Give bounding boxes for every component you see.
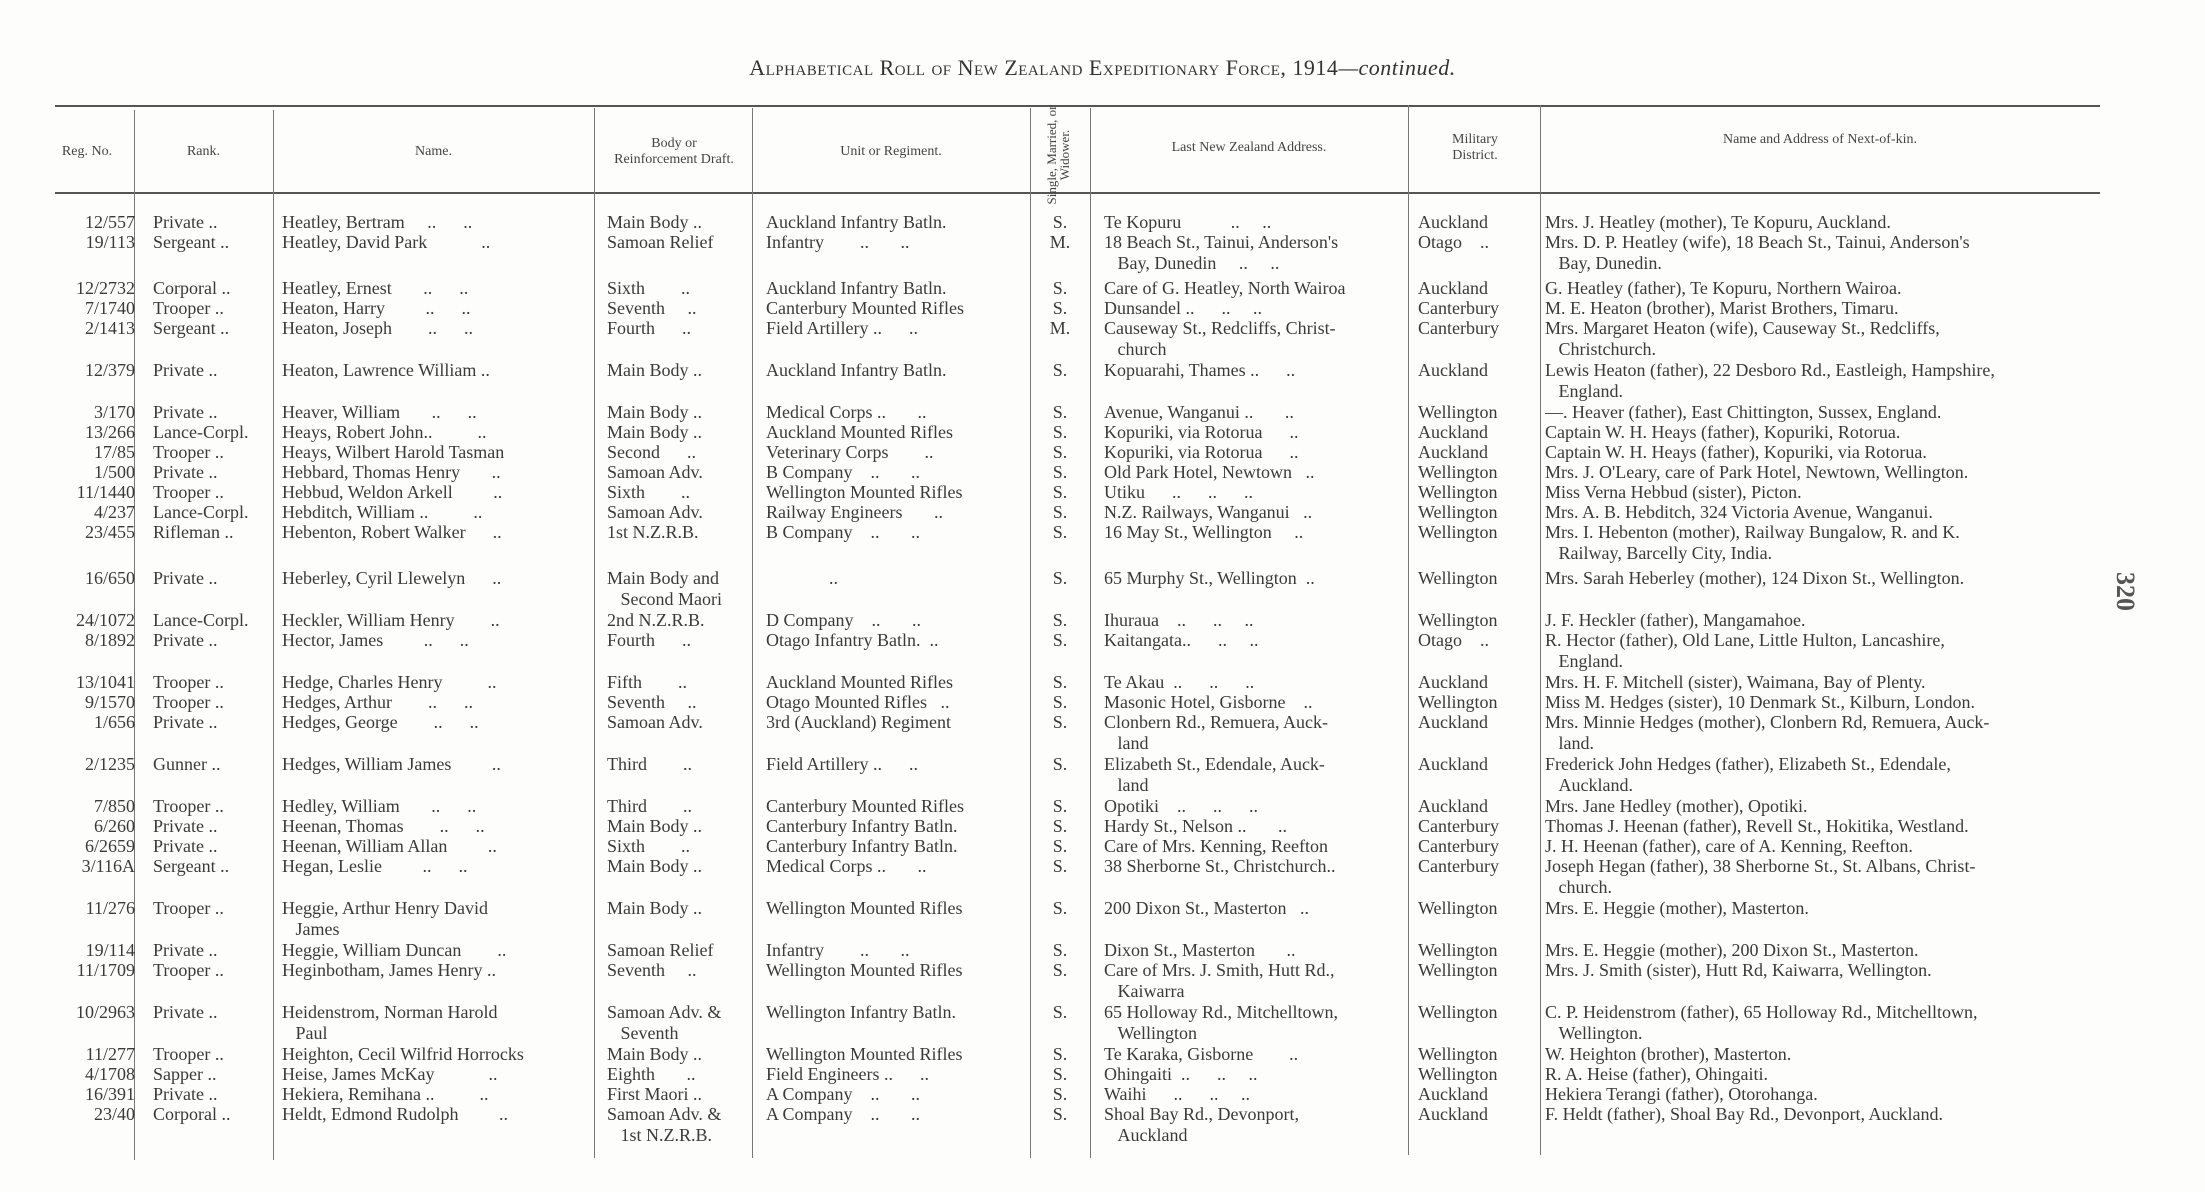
- reg-no-cell: 2/1235: [40, 754, 135, 775]
- name-cell: Heatley, David Park ..: [282, 232, 587, 253]
- rank-cell: Trooper ..: [153, 898, 271, 919]
- body-draft-cell: Third ..: [607, 796, 752, 817]
- address-cell: Shoal Bay Rd., Devonport, Auckland: [1104, 1104, 1404, 1145]
- name-cell: Heggie, Arthur Henry David James: [282, 898, 587, 939]
- address-cell: Kopuriki, via Rotorua ..: [1104, 422, 1404, 443]
- district-cell: Wellington: [1418, 1002, 1538, 1023]
- next-of-kin-cell: Lewis Heaton (father), 22 Desboro Rd., E…: [1545, 360, 2110, 401]
- body-draft-cell: Samoan Relief: [607, 940, 752, 961]
- address-cell: Ohingaiti .. .. ..: [1104, 1064, 1404, 1085]
- address-cell: Ihuraua .. .. ..: [1104, 610, 1404, 631]
- marital-cell: S.: [1030, 816, 1090, 837]
- next-of-kin-cell: G. Heatley (father), Te Kopuru, Northern…: [1545, 278, 2110, 299]
- reg-no-cell: 16/391: [40, 1084, 135, 1105]
- next-of-kin-cell: Mrs. H. F. Mitchell (sister), Waimana, B…: [1545, 672, 2110, 693]
- address-cell: Opotiki .. .. ..: [1104, 796, 1404, 817]
- body-draft-cell: Fourth ..: [607, 630, 752, 651]
- unit-cell: Auckland Infantry Batln.: [766, 360, 1028, 381]
- body-draft-cell: Main Body ..: [607, 856, 752, 877]
- district-cell: Wellington: [1418, 898, 1538, 919]
- marital-cell: S.: [1030, 462, 1090, 483]
- next-of-kin-cell: Mrs. J. Smith (sister), Hutt Rd, Kaiwarr…: [1545, 960, 2110, 981]
- reg-no-cell: 10/2963: [40, 1002, 135, 1023]
- rank-cell: Private ..: [153, 836, 271, 857]
- rank-cell: Trooper ..: [153, 298, 271, 319]
- next-of-kin-cell: M. E. Heaton (brother), Marist Brothers,…: [1545, 298, 2110, 319]
- rank-cell: Trooper ..: [153, 482, 271, 503]
- name-cell: Heckler, William Henry ..: [282, 610, 587, 631]
- next-of-kin-cell: Captain W. H. Heays (father), Kopuriki, …: [1545, 422, 2110, 443]
- address-cell: Te Kopuru .. ..: [1104, 212, 1404, 233]
- rank-cell: Private ..: [153, 1002, 271, 1023]
- district-cell: Auckland: [1418, 442, 1538, 463]
- reg-no-cell: 19/114: [40, 940, 135, 961]
- address-cell: Dixon St., Masterton ..: [1104, 940, 1404, 961]
- page-number: 320: [2110, 572, 2140, 611]
- reg-no-cell: 3/170: [40, 402, 135, 423]
- marital-cell: S.: [1030, 672, 1090, 693]
- next-of-kin-cell: —. Heaver (father), East Chittington, Su…: [1545, 402, 2110, 423]
- title-suffix: —continued.: [1338, 55, 1455, 80]
- marital-cell: S.: [1030, 836, 1090, 857]
- reg-no-cell: 11/1440: [40, 482, 135, 503]
- rank-cell: Private ..: [153, 212, 271, 233]
- address-cell: 38 Sherborne St., Christchurch..: [1104, 856, 1404, 877]
- reg-no-cell: 6/260: [40, 816, 135, 837]
- unit-cell: A Company .. ..: [766, 1084, 1028, 1105]
- header-next-of-kin: Name and Address of Next-of-kin.: [1540, 100, 2100, 180]
- address-cell: Causeway St., Redcliffs, Christ- church: [1104, 318, 1404, 359]
- address-cell: Care of Mrs. J. Smith, Hutt Rd., Kaiwarr…: [1104, 960, 1404, 1001]
- unit-cell: Otago Mounted Rifles ..: [766, 692, 1028, 713]
- district-cell: Auckland: [1418, 712, 1538, 733]
- address-cell: Hardy St., Nelson .. ..: [1104, 816, 1404, 837]
- district-cell: Auckland: [1418, 278, 1538, 299]
- body-draft-cell: Samoan Adv.: [607, 502, 752, 523]
- address-cell: Utiku .. .. ..: [1104, 482, 1404, 503]
- body-draft-cell: 2nd N.Z.R.B.: [607, 610, 752, 631]
- next-of-kin-cell: Joseph Hegan (father), 38 Sherborne St.,…: [1545, 856, 2110, 897]
- reg-no-cell: 12/2732: [40, 278, 135, 299]
- next-of-kin-cell: Mrs. Sarah Heberley (mother), 124 Dixon …: [1545, 568, 2110, 589]
- body-draft-cell: Samoan Relief: [607, 232, 752, 253]
- reg-no-cell: 8/1892: [40, 630, 135, 651]
- body-draft-cell: Sixth ..: [607, 482, 752, 503]
- name-cell: Hedges, George .. ..: [282, 712, 587, 733]
- next-of-kin-cell: R. A. Heise (father), Ohingaiti.: [1545, 1064, 2110, 1085]
- unit-cell: Wellington Mounted Rifles: [766, 1044, 1028, 1065]
- name-cell: Heighton, Cecil Wilfrid Horrocks: [282, 1044, 587, 1065]
- address-cell: Kopuarahi, Thames .. ..: [1104, 360, 1404, 381]
- rank-cell: Trooper ..: [153, 692, 271, 713]
- body-draft-cell: Samoan Adv. & Seventh: [607, 1002, 752, 1043]
- name-cell: Hebbud, Weldon Arkell ..: [282, 482, 587, 503]
- next-of-kin-cell: Mrs. Margaret Heaton (wife), Causeway St…: [1545, 318, 2110, 359]
- body-draft-cell: Main Body ..: [607, 1044, 752, 1065]
- district-cell: Wellington: [1418, 568, 1538, 589]
- marital-cell: S.: [1030, 212, 1090, 233]
- reg-no-cell: 23/455: [40, 522, 135, 543]
- district-cell: Otago ..: [1418, 232, 1538, 253]
- name-cell: Hegan, Leslie .. ..: [282, 856, 587, 877]
- district-cell: Wellington: [1418, 960, 1538, 981]
- unit-cell: Canterbury Mounted Rifles: [766, 796, 1028, 817]
- district-cell: Wellington: [1418, 402, 1538, 423]
- body-draft-cell: Fifth ..: [607, 672, 752, 693]
- name-cell: Hedges, William James ..: [282, 754, 587, 775]
- address-cell: Care of G. Heatley, North Wairoa: [1104, 278, 1404, 299]
- reg-no-cell: 12/557: [40, 212, 135, 233]
- name-cell: Hedges, Arthur .. ..: [282, 692, 587, 713]
- next-of-kin-cell: Mrs. E. Heggie (mother), 200 Dixon St., …: [1545, 940, 2110, 961]
- address-cell: Masonic Hotel, Gisborne ..: [1104, 692, 1404, 713]
- reg-no-cell: 13/1041: [40, 672, 135, 693]
- marital-cell: S.: [1030, 960, 1090, 981]
- marital-cell: M.: [1030, 232, 1090, 253]
- unit-cell: Auckland Infantry Batln.: [766, 278, 1028, 299]
- next-of-kin-cell: Thomas J. Heenan (father), Revell St., H…: [1545, 816, 2110, 837]
- reg-no-cell: 13/266: [40, 422, 135, 443]
- next-of-kin-cell: Mrs. Jane Hedley (mother), Opotiki.: [1545, 796, 2110, 817]
- unit-cell: B Company .. ..: [766, 522, 1028, 543]
- rank-cell: Private ..: [153, 712, 271, 733]
- rank-cell: Trooper ..: [153, 442, 271, 463]
- body-draft-cell: Third ..: [607, 754, 752, 775]
- unit-cell: 3rd (Auckland) Regiment: [766, 712, 1028, 733]
- rank-cell: Trooper ..: [153, 1044, 271, 1065]
- reg-no-cell: 1/500: [40, 462, 135, 483]
- name-cell: Hebditch, William .. ..: [282, 502, 587, 523]
- body-draft-cell: Main Body ..: [607, 816, 752, 837]
- marital-cell: S.: [1030, 1002, 1090, 1023]
- page-title: Alphabetical Roll of New Zealand Expedit…: [0, 55, 2205, 81]
- name-cell: Hebbard, Thomas Henry ..: [282, 462, 587, 483]
- unit-cell: Veterinary Corps ..: [766, 442, 1028, 463]
- district-cell: Auckland: [1418, 360, 1538, 381]
- marital-cell: S.: [1030, 568, 1090, 589]
- body-draft-cell: Sixth ..: [607, 836, 752, 857]
- reg-no-cell: 11/276: [40, 898, 135, 919]
- body-draft-cell: Samoan Adv.: [607, 712, 752, 733]
- body-draft-cell: 1st N.Z.R.B.: [607, 522, 752, 543]
- name-cell: Hector, James .. ..: [282, 630, 587, 651]
- unit-cell: Wellington Mounted Rifles: [766, 482, 1028, 503]
- name-cell: Heberley, Cyril Llewelyn ..: [282, 568, 587, 589]
- address-cell: Dunsandel .. .. ..: [1104, 298, 1404, 319]
- col-divider: [1408, 105, 1409, 1155]
- name-cell: Hekiera, Remihana .. ..: [282, 1084, 587, 1105]
- district-cell: Canterbury: [1418, 856, 1538, 877]
- address-cell: Kaitangata.. .. ..: [1104, 630, 1404, 651]
- header-unit: Unit or Regiment.: [752, 112, 1030, 192]
- unit-cell: B Company .. ..: [766, 462, 1028, 483]
- district-cell: Wellington: [1418, 1044, 1538, 1065]
- header-name: Name.: [273, 112, 594, 192]
- marital-cell: S.: [1030, 796, 1090, 817]
- district-cell: Canterbury: [1418, 318, 1538, 339]
- next-of-kin-cell: Hekiera Terangi (father), Otorohanga.: [1545, 1084, 2110, 1105]
- address-cell: Clonbern Rd., Remuera, Auck- land: [1104, 712, 1404, 753]
- reg-no-cell: 24/1072: [40, 610, 135, 631]
- district-cell: Canterbury: [1418, 816, 1538, 837]
- col-divider: [1540, 105, 1541, 1155]
- unit-cell: A Company .. ..: [766, 1104, 1028, 1125]
- address-cell: Old Park Hotel, Newtown ..: [1104, 462, 1404, 483]
- name-cell: Heidenstrom, Norman Harold Paul: [282, 1002, 587, 1043]
- body-draft-cell: Main Body ..: [607, 422, 752, 443]
- col-divider: [594, 108, 595, 1158]
- reg-no-cell: 11/1709: [40, 960, 135, 981]
- name-cell: Heggie, William Duncan ..: [282, 940, 587, 961]
- marital-cell: S.: [1030, 298, 1090, 319]
- next-of-kin-cell: Mrs. I. Hebenton (mother), Railway Bunga…: [1545, 522, 2110, 563]
- district-cell: Wellington: [1418, 940, 1538, 961]
- rank-cell: Private ..: [153, 402, 271, 423]
- unit-cell: ..: [766, 568, 1028, 589]
- name-cell: Heenan, Thomas .. ..: [282, 816, 587, 837]
- unit-cell: Wellington Mounted Rifles: [766, 960, 1028, 981]
- district-cell: Auckland: [1418, 422, 1538, 443]
- unit-cell: Field Artillery .. ..: [766, 754, 1028, 775]
- marital-cell: S.: [1030, 402, 1090, 423]
- reg-no-cell: 7/1740: [40, 298, 135, 319]
- body-draft-cell: Seventh ..: [607, 960, 752, 981]
- address-cell: Avenue, Wanganui .. ..: [1104, 402, 1404, 423]
- name-cell: Heaver, William .. ..: [282, 402, 587, 423]
- header-reg-no: Reg. No.: [40, 112, 134, 192]
- district-cell: Wellington: [1418, 462, 1538, 483]
- next-of-kin-cell: Miss M. Hedges (sister), 10 Denmark St.,…: [1545, 692, 2110, 713]
- name-cell: Heise, James McKay ..: [282, 1064, 587, 1085]
- marital-cell: S.: [1030, 278, 1090, 299]
- next-of-kin-cell: J. F. Heckler (father), Mangamahoe.: [1545, 610, 2110, 631]
- district-cell: Wellington: [1418, 482, 1538, 503]
- marital-cell: S.: [1030, 442, 1090, 463]
- unit-cell: Auckland Infantry Batln.: [766, 212, 1028, 233]
- reg-no-cell: 4/237: [40, 502, 135, 523]
- marital-cell: S.: [1030, 940, 1090, 961]
- unit-cell: Otago Infantry Batln. ..: [766, 630, 1028, 651]
- marital-cell: S.: [1030, 712, 1090, 733]
- unit-cell: Canterbury Infantry Batln.: [766, 836, 1028, 857]
- body-draft-cell: Sixth ..: [607, 278, 752, 299]
- next-of-kin-cell: Mrs. J. O'Leary, care of Park Hotel, New…: [1545, 462, 2110, 483]
- marital-cell: S.: [1030, 1064, 1090, 1085]
- name-cell: Heenan, William Allan ..: [282, 836, 587, 857]
- next-of-kin-cell: Mrs. E. Heggie (mother), Masterton.: [1545, 898, 2110, 919]
- reg-no-cell: 1/656: [40, 712, 135, 733]
- rank-cell: Private ..: [153, 630, 271, 651]
- address-cell: Te Akau .. .. ..: [1104, 672, 1404, 693]
- name-cell: Heaton, Joseph .. ..: [282, 318, 587, 339]
- district-cell: Auckland: [1418, 212, 1538, 233]
- body-draft-cell: Samoan Adv. & 1st N.Z.R.B.: [607, 1104, 752, 1145]
- unit-cell: Wellington Mounted Rifles: [766, 898, 1028, 919]
- address-cell: 65 Holloway Rd., Mitchelltown, Wellingto…: [1104, 1002, 1404, 1043]
- unit-cell: Auckland Mounted Rifles: [766, 422, 1028, 443]
- address-cell: 18 Beach St., Tainui, Anderson's Bay, Du…: [1104, 232, 1404, 273]
- name-cell: Heldt, Edmond Rudolph ..: [282, 1104, 587, 1125]
- reg-no-cell: 9/1570: [40, 692, 135, 713]
- rank-cell: Sergeant ..: [153, 318, 271, 339]
- body-draft-cell: Eighth ..: [607, 1064, 752, 1085]
- rank-cell: Gunner ..: [153, 754, 271, 775]
- reg-no-cell: 23/40: [40, 1104, 135, 1125]
- marital-cell: S.: [1030, 898, 1090, 919]
- marital-cell: S.: [1030, 360, 1090, 381]
- header-marital-status: Single, Married, or Widower.: [1045, 85, 1075, 225]
- unit-cell: Railway Engineers ..: [766, 502, 1028, 523]
- body-draft-cell: Main Body ..: [607, 212, 752, 233]
- district-cell: Otago ..: [1418, 630, 1538, 651]
- address-cell: N.Z. Railways, Wanganui ..: [1104, 502, 1404, 523]
- district-cell: Wellington: [1418, 502, 1538, 523]
- unit-cell: D Company .. ..: [766, 610, 1028, 631]
- unit-cell: Wellington Infantry Batln.: [766, 1002, 1028, 1023]
- reg-no-cell: 19/113: [40, 232, 135, 253]
- marital-cell: S.: [1030, 856, 1090, 877]
- next-of-kin-cell: Mrs. A. B. Hebditch, 324 Victoria Avenue…: [1545, 502, 2110, 523]
- rank-cell: Private ..: [153, 462, 271, 483]
- next-of-kin-cell: J. H. Heenan (father), care of A. Kennin…: [1545, 836, 2110, 857]
- next-of-kin-cell: Mrs. J. Heatley (mother), Te Kopuru, Auc…: [1545, 212, 2110, 233]
- next-of-kin-cell: Captain W. H. Heays (father), Kopuriki, …: [1545, 442, 2110, 463]
- name-cell: Hedley, William .. ..: [282, 796, 587, 817]
- name-cell: Heatley, Bertram .. ..: [282, 212, 587, 233]
- unit-cell: Medical Corps .. ..: [766, 856, 1028, 877]
- rank-cell: Sapper ..: [153, 1064, 271, 1085]
- marital-cell: S.: [1030, 522, 1090, 543]
- address-cell: 65 Murphy St., Wellington ..: [1104, 568, 1404, 589]
- unit-cell: Field Artillery .. ..: [766, 318, 1028, 339]
- name-cell: Heginbotham, James Henry ..: [282, 960, 587, 981]
- unit-cell: Medical Corps .. ..: [766, 402, 1028, 423]
- next-of-kin-cell: W. Heighton (brother), Masterton.: [1545, 1044, 2110, 1065]
- unit-cell: Field Engineers .. ..: [766, 1064, 1028, 1085]
- rank-cell: Trooper ..: [153, 672, 271, 693]
- rank-cell: Private ..: [153, 360, 271, 381]
- marital-cell: M.: [1030, 318, 1090, 339]
- body-draft-cell: Samoan Adv.: [607, 462, 752, 483]
- rank-cell: Private ..: [153, 940, 271, 961]
- rank-cell: Sergeant ..: [153, 232, 271, 253]
- rank-cell: Trooper ..: [153, 960, 271, 981]
- body-draft-cell: First Maori ..: [607, 1084, 752, 1105]
- marital-cell: S.: [1030, 502, 1090, 523]
- reg-no-cell: 2/1413: [40, 318, 135, 339]
- district-cell: Auckland: [1418, 672, 1538, 693]
- reg-no-cell: 11/277: [40, 1044, 135, 1065]
- next-of-kin-cell: Mrs. Minnie Hedges (mother), Clonbern Rd…: [1545, 712, 2110, 753]
- rank-cell: Corporal ..: [153, 1104, 271, 1125]
- address-cell: Te Karaka, Gisborne ..: [1104, 1044, 1404, 1065]
- rank-cell: Rifleman ..: [153, 522, 271, 543]
- rank-cell: Lance-Corpl.: [153, 610, 271, 631]
- unit-cell: Canterbury Mounted Rifles: [766, 298, 1028, 319]
- unit-cell: Canterbury Infantry Batln.: [766, 816, 1028, 837]
- unit-cell: Infantry .. ..: [766, 940, 1028, 961]
- address-cell: Care of Mrs. Kenning, Reefton: [1104, 836, 1404, 857]
- reg-no-cell: 7/850: [40, 796, 135, 817]
- rank-cell: Sergeant ..: [153, 856, 271, 877]
- unit-cell: Auckland Mounted Rifles: [766, 672, 1028, 693]
- reg-no-cell: 16/650: [40, 568, 135, 589]
- rank-cell: Lance-Corpl.: [153, 422, 271, 443]
- district-cell: Wellington: [1418, 1064, 1538, 1085]
- name-cell: Hebenton, Robert Walker ..: [282, 522, 587, 543]
- next-of-kin-cell: F. Heldt (father), Shoal Bay Rd., Devonp…: [1545, 1104, 2110, 1125]
- marital-cell: S.: [1030, 630, 1090, 651]
- next-of-kin-cell: Frederick John Hedges (father), Elizabet…: [1545, 754, 2110, 795]
- body-draft-cell: Main Body ..: [607, 360, 752, 381]
- header-address: Last New Zealand Address.: [1090, 108, 1408, 188]
- district-cell: Auckland: [1418, 796, 1538, 817]
- body-draft-cell: Main Body ..: [607, 898, 752, 919]
- name-cell: Heaton, Lawrence William ..: [282, 360, 587, 381]
- next-of-kin-cell: R. Hector (father), Old Lane, Little Hul…: [1545, 630, 2110, 671]
- address-cell: 16 May St., Wellington ..: [1104, 522, 1404, 543]
- name-cell: Hedge, Charles Henry ..: [282, 672, 587, 693]
- rank-cell: Lance-Corpl.: [153, 502, 271, 523]
- title-main: Alphabetical Roll of New Zealand Expedit…: [749, 55, 1338, 80]
- address-cell: Waihi .. .. ..: [1104, 1084, 1404, 1105]
- name-cell: Heays, Wilbert Harold Tasman: [282, 442, 587, 463]
- marital-cell: S.: [1030, 610, 1090, 631]
- address-cell: Elizabeth St., Edendale, Auck- land: [1104, 754, 1404, 795]
- reg-no-cell: 12/379: [40, 360, 135, 381]
- name-cell: Heaton, Harry .. ..: [282, 298, 587, 319]
- unit-cell: Infantry .. ..: [766, 232, 1028, 253]
- district-cell: Wellington: [1418, 692, 1538, 713]
- header-rank: Rank.: [134, 112, 273, 192]
- district-cell: Wellington: [1418, 610, 1538, 631]
- reg-no-cell: 6/2659: [40, 836, 135, 857]
- district-cell: Auckland: [1418, 1104, 1538, 1125]
- name-cell: Heays, Robert John.. ..: [282, 422, 587, 443]
- name-cell: Heatley, Ernest .. ..: [282, 278, 587, 299]
- rank-cell: Trooper ..: [153, 796, 271, 817]
- reg-no-cell: 3/116A: [40, 856, 135, 877]
- header-body-draft: Body or Reinforcement Draft.: [610, 112, 738, 192]
- header-district: Military District.: [1430, 108, 1520, 188]
- reg-no-cell: 17/85: [40, 442, 135, 463]
- address-cell: 200 Dixon St., Masterton ..: [1104, 898, 1404, 919]
- district-cell: Wellington: [1418, 522, 1538, 543]
- body-draft-cell: Seventh ..: [607, 298, 752, 319]
- rank-cell: Corporal ..: [153, 278, 271, 299]
- district-cell: Canterbury: [1418, 836, 1538, 857]
- col-divider: [752, 108, 753, 1158]
- marital-cell: S.: [1030, 482, 1090, 503]
- next-of-kin-cell: C. P. Heidenstrom (father), 65 Holloway …: [1545, 1002, 2110, 1043]
- marital-cell: S.: [1030, 422, 1090, 443]
- reg-no-cell: 4/1708: [40, 1064, 135, 1085]
- marital-cell: S.: [1030, 1104, 1090, 1125]
- body-draft-cell: Main Body and Second Maori: [607, 568, 752, 609]
- marital-cell: S.: [1030, 754, 1090, 775]
- header-bottom-rule: [55, 192, 2100, 194]
- district-cell: Canterbury: [1418, 298, 1538, 319]
- district-cell: Auckland: [1418, 1084, 1538, 1105]
- rank-cell: Private ..: [153, 816, 271, 837]
- body-draft-cell: Seventh ..: [607, 692, 752, 713]
- next-of-kin-cell: Mrs. D. P. Heatley (wife), 18 Beach St.,…: [1545, 232, 2110, 273]
- next-of-kin-cell: Miss Verna Hebbud (sister), Picton.: [1545, 482, 2110, 503]
- body-draft-cell: Second ..: [607, 442, 752, 463]
- rank-cell: Private ..: [153, 568, 271, 589]
- district-cell: Auckland: [1418, 754, 1538, 775]
- col-divider: [1090, 108, 1091, 1158]
